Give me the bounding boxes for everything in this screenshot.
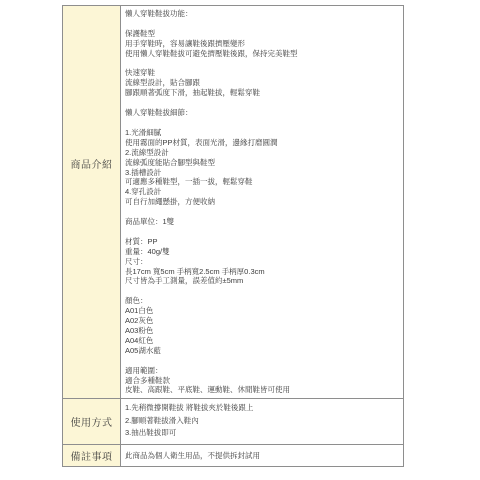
notes-content: 此商品為個人衛生用品，不提供拆封試用 [121, 445, 404, 467]
row-header-product-intro: 商品介紹 [63, 6, 121, 399]
row-header-usage: 使用方式 [63, 399, 121, 445]
product-intro-content: 懶人穿鞋鞋拔功能： 保護鞋型 用手穿鞋時，容易讓鞋後跟擠壓變形 使用懶人穿鞋鞋拔… [121, 6, 404, 399]
table-row-usage: 使用方式 1.先稍微撐開鞋拔 將鞋拔夾於鞋後跟上 2.腳順著鞋拔滑入鞋內 3.抽… [63, 399, 404, 445]
product-description-page: 商品介紹 懶人穿鞋鞋拔功能： 保護鞋型 用手穿鞋時，容易讓鞋後跟擠壓變形 使用懶… [0, 0, 480, 480]
table-row-product-intro: 商品介紹 懶人穿鞋鞋拔功能： 保護鞋型 用手穿鞋時，容易讓鞋後跟擠壓變形 使用懶… [63, 6, 404, 399]
product-spec-table: 商品介紹 懶人穿鞋鞋拔功能： 保護鞋型 用手穿鞋時，容易讓鞋後跟擠壓變形 使用懶… [62, 5, 404, 467]
table-row-notes: 備註事項 此商品為個人衛生用品，不提供拆封試用 [63, 445, 404, 467]
row-header-notes: 備註事項 [63, 445, 121, 467]
usage-content: 1.先稍微撐開鞋拔 將鞋拔夾於鞋後跟上 2.腳順著鞋拔滑入鞋內 3.抽出鞋拔即可 [121, 399, 404, 445]
